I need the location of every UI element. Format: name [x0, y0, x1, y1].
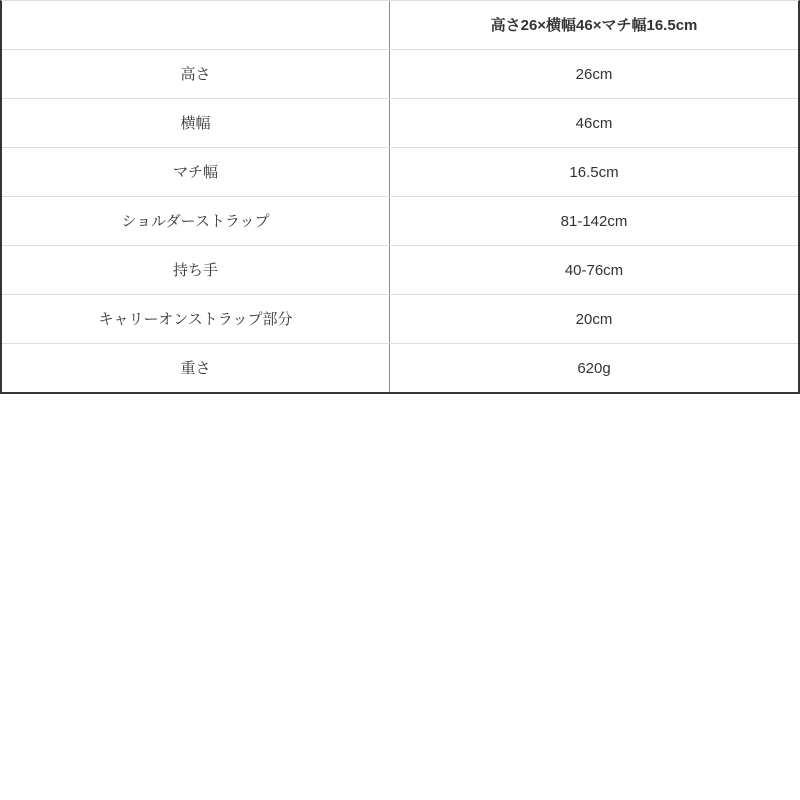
- row-label-gusset: マチ幅: [2, 148, 390, 196]
- table-row: 横幅 46cm: [2, 98, 798, 147]
- row-label-handle: 持ち手: [2, 246, 390, 294]
- size-summary-header: 高さ26×横幅46×マチ幅16.5cm: [390, 1, 798, 49]
- row-value-width: 46cm: [390, 99, 798, 147]
- row-label-height: 高さ: [2, 50, 390, 98]
- table-row: マチ幅 16.5cm: [2, 147, 798, 196]
- row-value-carry-on-strap: 20cm: [390, 295, 798, 343]
- table-header-row: 高さ26×横幅46×マチ幅16.5cm: [2, 1, 798, 49]
- row-label-weight: 重さ: [2, 344, 390, 392]
- row-value-handle: 40-76cm: [390, 246, 798, 294]
- header-empty-cell: [2, 1, 390, 49]
- row-value-height: 26cm: [390, 50, 798, 98]
- table-row: 重さ 620g: [2, 343, 798, 392]
- table-row: 持ち手 40-76cm: [2, 245, 798, 294]
- row-value-shoulder-strap: 81-142cm: [390, 197, 798, 245]
- row-value-gusset: 16.5cm: [390, 148, 798, 196]
- table-row: 高さ 26cm: [2, 49, 798, 98]
- spec-table: 高さ26×横幅46×マチ幅16.5cm 高さ 26cm 横幅 46cm マチ幅 …: [0, 0, 800, 394]
- row-value-weight: 620g: [390, 344, 798, 392]
- page: 高さ26×横幅46×マチ幅16.5cm 高さ 26cm 横幅 46cm マチ幅 …: [0, 0, 800, 800]
- table-row: ショルダーストラップ 81-142cm: [2, 196, 798, 245]
- table-row: キャリーオンストラップ部分 20cm: [2, 294, 798, 343]
- row-label-width: 横幅: [2, 99, 390, 147]
- row-label-shoulder-strap: ショルダーストラップ: [2, 197, 390, 245]
- row-label-carry-on-strap: キャリーオンストラップ部分: [2, 295, 390, 343]
